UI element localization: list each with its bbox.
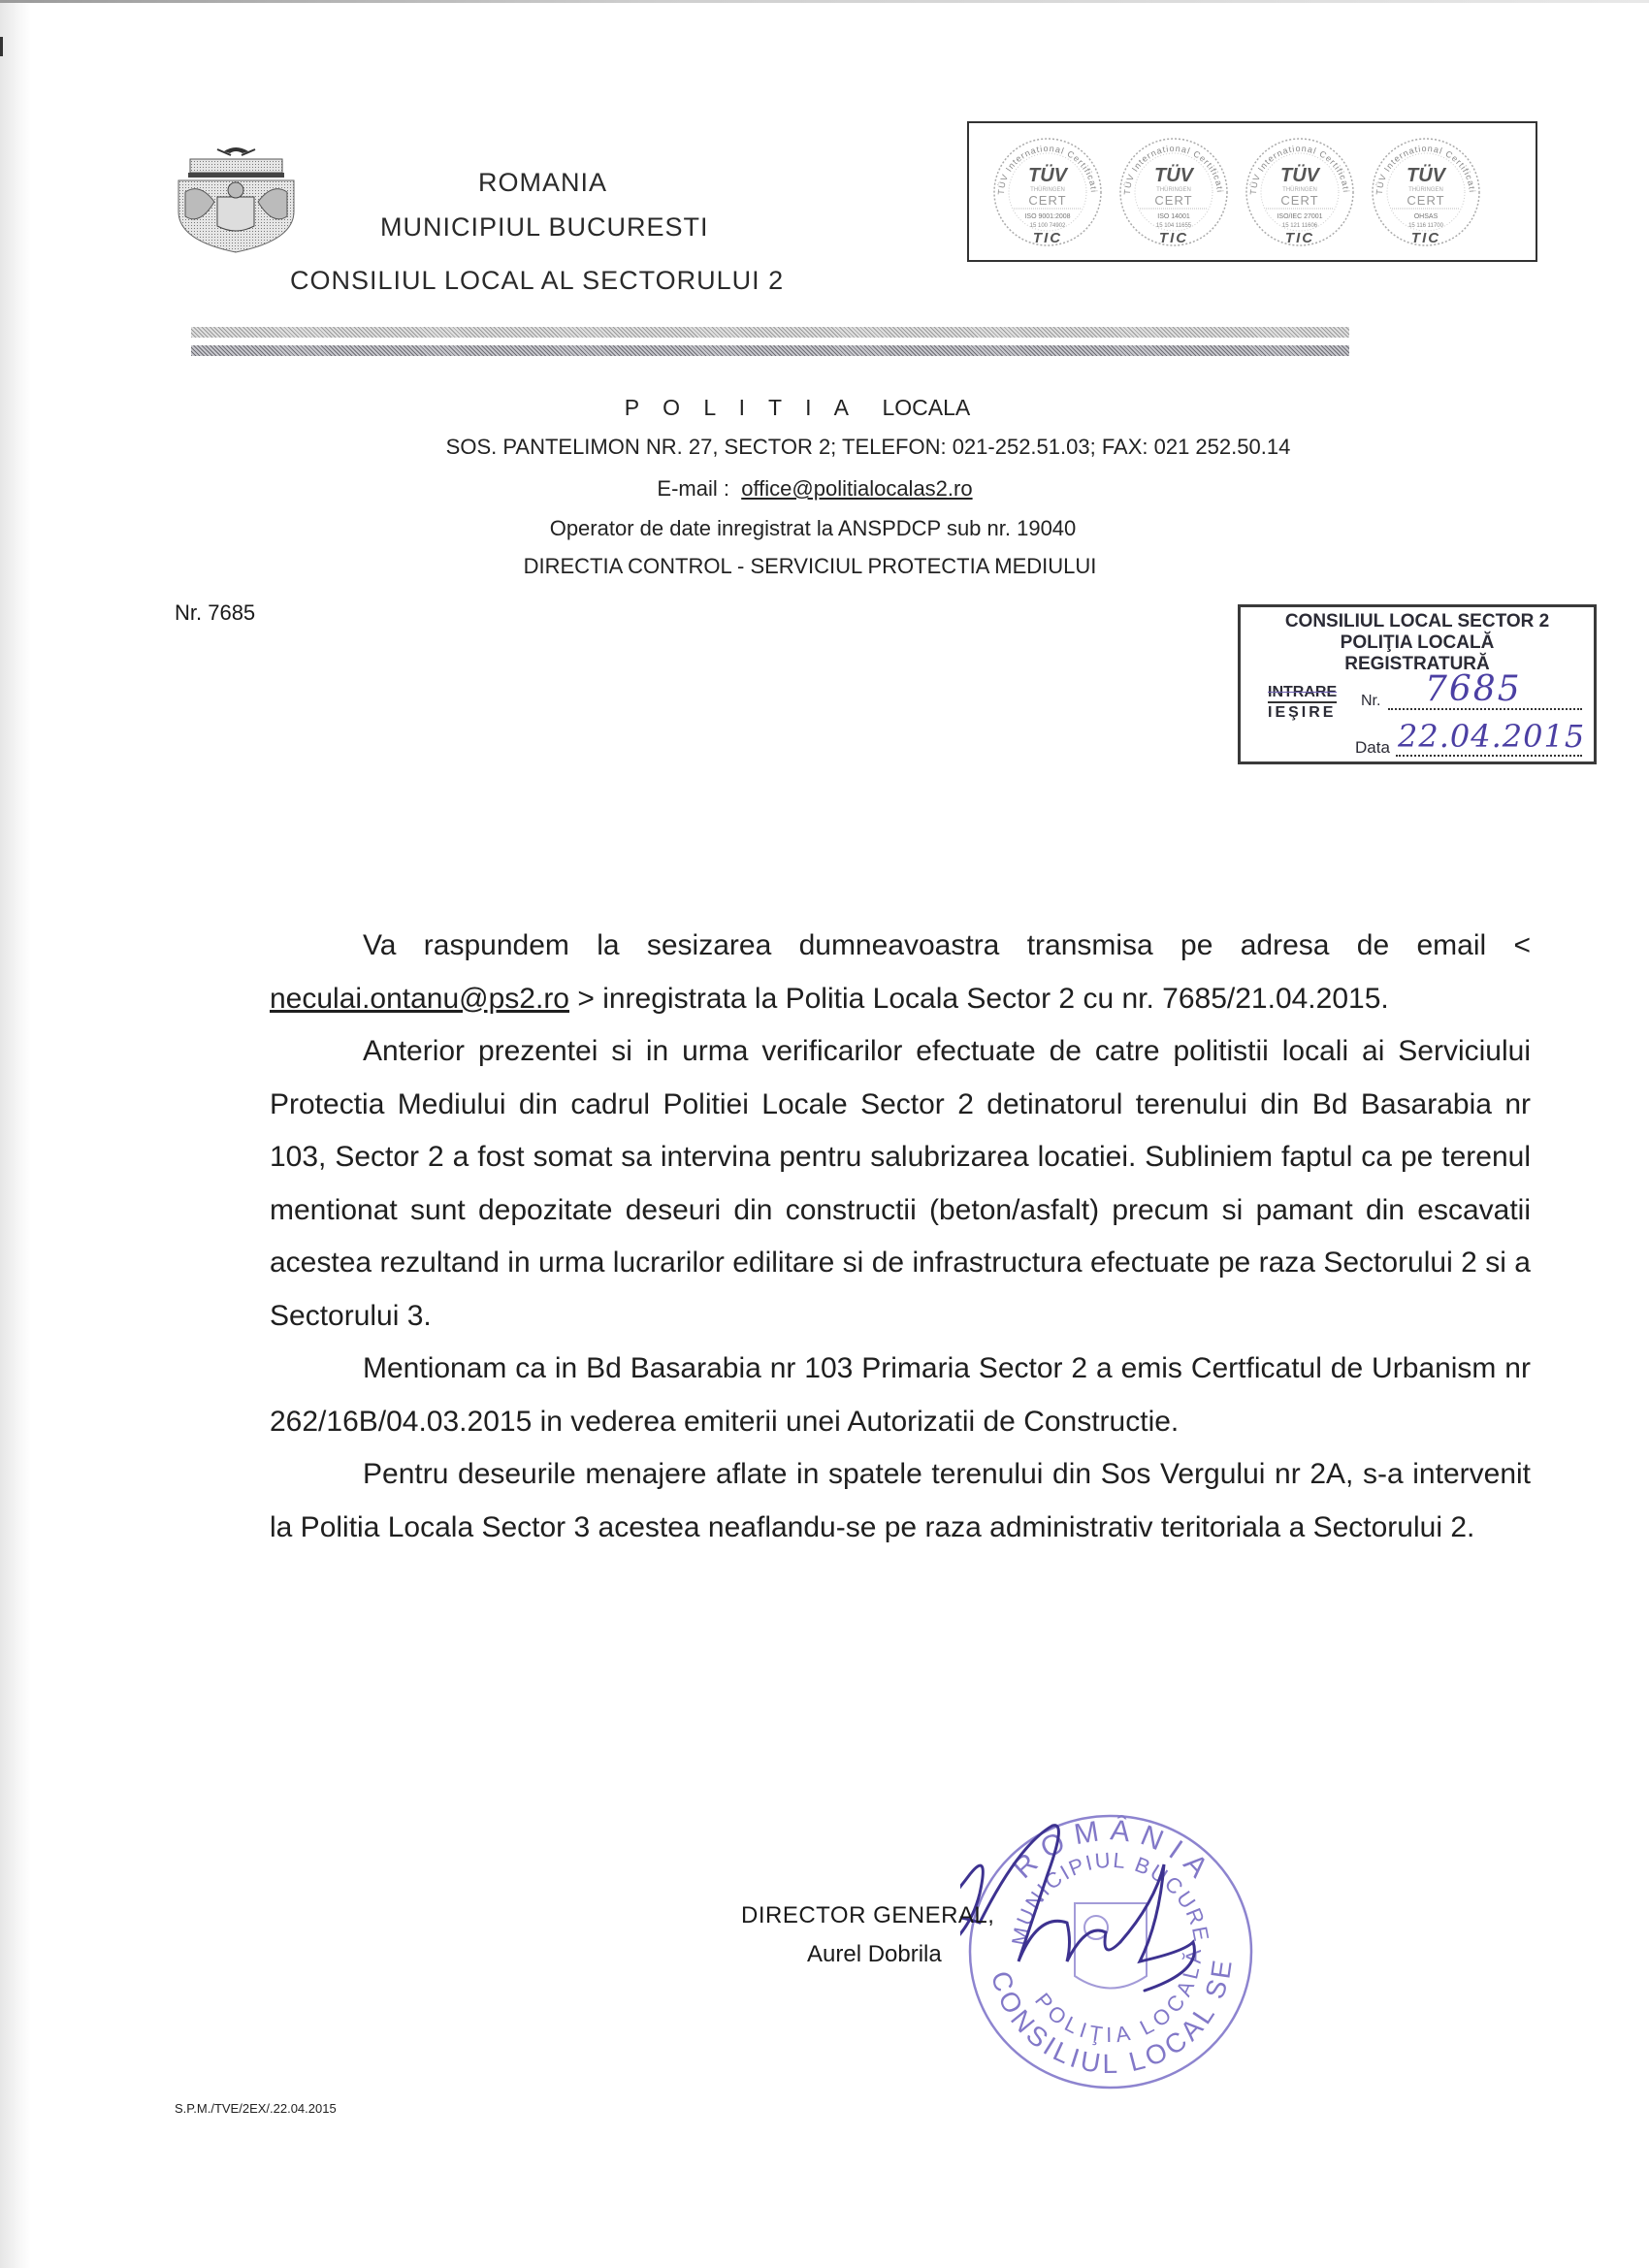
tuv-seal-3: TÜV International CertificationTÜVTHÜRIN… xyxy=(1243,135,1357,249)
scan-edge-shadow xyxy=(0,0,31,2268)
registry-nr-handwritten: 7685 xyxy=(1425,669,1522,709)
official-round-stamp-icon: ROMÂNIA MUNICIPIUL BUCUREŞTI CONSILIUL L… xyxy=(960,1806,1261,2097)
svg-text:OHSAS: OHSAS xyxy=(1414,213,1439,220)
registry-line-3: REGISTRATURĂ xyxy=(1241,654,1594,675)
svg-text:CERT: CERT xyxy=(1280,193,1318,208)
tuv-seal-2: TÜV International CertificationTÜVTHÜRIN… xyxy=(1116,135,1231,249)
svg-text:ISO 14001: ISO 14001 xyxy=(1157,213,1190,220)
registry-nr-label: Nr. xyxy=(1361,693,1380,710)
svg-text:TIC: TIC xyxy=(1033,230,1062,246)
tuv-seal-4: TÜV International CertificationTÜVTHÜRIN… xyxy=(1369,135,1483,249)
registry-stamp: CONSILIUL LOCAL SECTOR 2 POLIŢIA LOCALĂ … xyxy=(1238,604,1597,764)
signatory-name: Aurel Dobrila xyxy=(807,1941,942,1968)
paragraph-1: Va raspundem la sesizarea dumneavoastra … xyxy=(270,920,1531,1025)
scan-top-edge xyxy=(0,0,1649,3)
scan-edge-mark xyxy=(0,37,3,56)
svg-text:CERT: CERT xyxy=(1406,193,1444,208)
registry-date-label: Data xyxy=(1355,738,1390,758)
svg-text:TÜV: TÜV xyxy=(1028,164,1069,186)
institution-email-line: E-mail : office@politialocalas2.ro xyxy=(0,476,1639,502)
svg-text:15 116 11700: 15 116 11700 xyxy=(1408,223,1443,229)
svg-text:TÜV: TÜV xyxy=(1154,164,1195,186)
svg-text:TÜV: TÜV xyxy=(1280,164,1321,186)
svg-text:TIC: TIC xyxy=(1159,230,1188,246)
coat-of-arms-icon xyxy=(171,144,302,255)
header-country: ROMANIA xyxy=(478,168,607,198)
institution-email-link[interactable]: office@politialocalas2.ro xyxy=(741,476,972,501)
institution-address: SOS. PANTELIMON NR. 27, SECTOR 2; TELEFO… xyxy=(44,435,1649,460)
svg-text:15 104 11655: 15 104 11655 xyxy=(1156,223,1192,229)
svg-text:THÜRINGEN: THÜRINGEN xyxy=(1408,186,1443,193)
document-footer-reference: S.P.M./TVE/2EX/.22.04.2015 xyxy=(175,2101,337,2116)
registry-date-dots xyxy=(1396,755,1582,757)
svg-text:THÜRINGEN: THÜRINGEN xyxy=(1030,186,1065,193)
department: DIRECTIA CONTROL - SERVICIUL PROTECTIA M… xyxy=(0,554,1634,579)
reference-number: Nr. 7685 xyxy=(175,600,255,626)
signatory-title: DIRECTOR GENERAL, xyxy=(741,1902,994,1929)
svg-text:THÜRINGEN: THÜRINGEN xyxy=(1156,186,1191,193)
paragraph-4: Pentru deseurile menajere aflate in spat… xyxy=(270,1448,1531,1554)
svg-text:TÜV: TÜV xyxy=(1406,164,1447,186)
header-council: CONSILIUL LOCAL AL SECTORULUI 2 xyxy=(290,266,784,296)
registry-date-handwritten: 22.04.2015 xyxy=(1398,718,1585,755)
svg-text:15 100 74902: 15 100 74902 xyxy=(1030,223,1066,229)
svg-text:ISO 9001:2008: ISO 9001:2008 xyxy=(1024,213,1070,220)
paragraph-3: Mentionam ca in Bd Basarabia nr 103 Prim… xyxy=(270,1343,1531,1448)
registry-line-2: POLIŢIA LOCALĂ xyxy=(1241,632,1594,654)
svg-text:THÜRINGEN: THÜRINGEN xyxy=(1282,186,1317,193)
letter-body: Va raspundem la sesizarea dumneavoastra … xyxy=(270,920,1531,1554)
operator-registration: Operator de date inregistrat la ANSPDCP … xyxy=(0,516,1637,541)
complainant-email-link[interactable]: neculai.ontanu@ps2.ro xyxy=(270,983,569,1015)
svg-text:15 121 11606: 15 121 11606 xyxy=(1282,223,1318,229)
tuv-seal-1: TÜV International CertificationTÜVTHÜRIN… xyxy=(990,135,1105,249)
svg-text:ISO/IEC 27001: ISO/IEC 27001 xyxy=(1277,213,1322,220)
svg-text:CERT: CERT xyxy=(1154,193,1192,208)
institution-name: P O L I T I A LOCALA xyxy=(0,395,1622,421)
registry-line-1: CONSILIUL LOCAL SECTOR 2 xyxy=(1241,611,1594,632)
header-divider-light xyxy=(191,327,1349,338)
paragraph-2: Anterior prezentei si in urma verificari… xyxy=(270,1025,1531,1343)
registry-direction: INTRARE IEŞIRE xyxy=(1268,683,1337,722)
svg-text:TIC: TIC xyxy=(1411,230,1440,246)
certification-box: TÜV International CertificationTÜVTHÜRIN… xyxy=(967,121,1537,262)
svg-text:CERT: CERT xyxy=(1028,193,1066,208)
header-municipality: MUNICIPIUL BUCURESTI xyxy=(380,212,709,243)
svg-text:TIC: TIC xyxy=(1285,230,1314,246)
header-divider-dark xyxy=(191,345,1349,356)
